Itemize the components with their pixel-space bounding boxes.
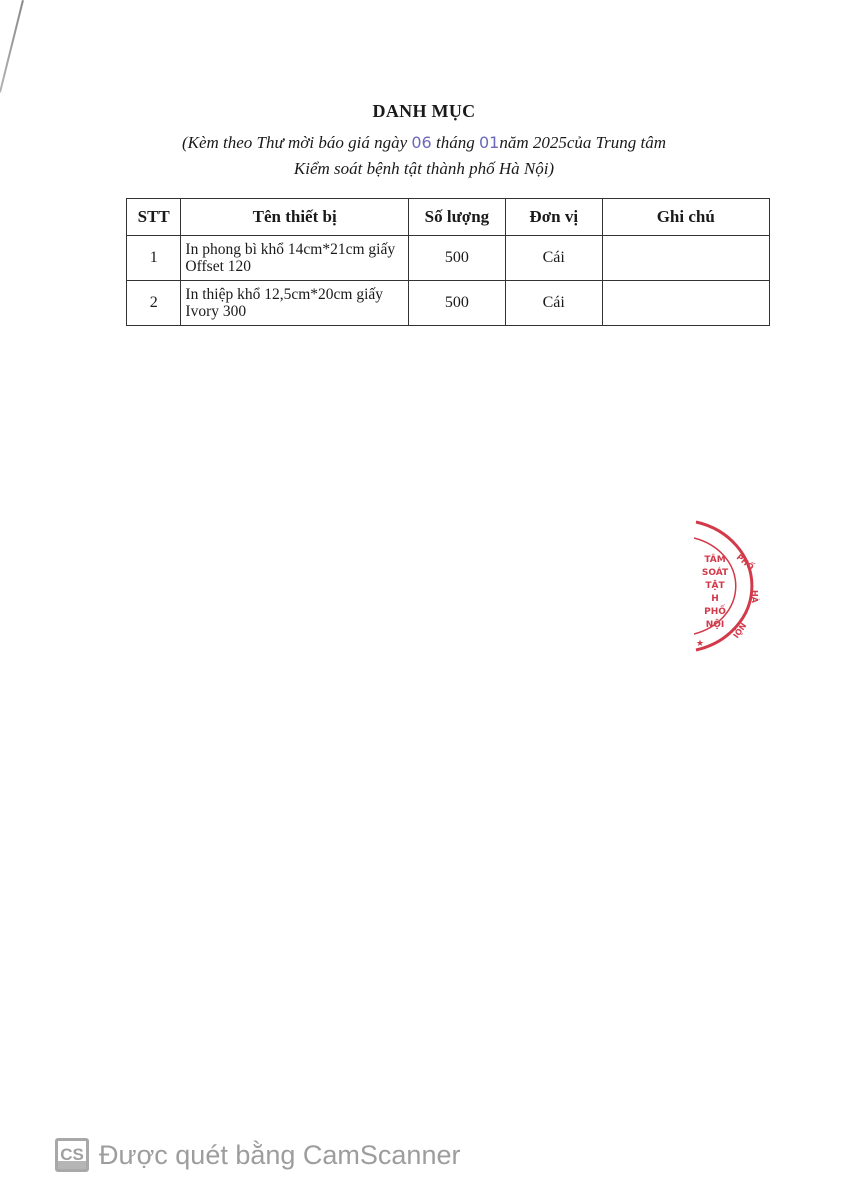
handwritten-day: 06 xyxy=(411,133,431,152)
handwritten-month: 01 xyxy=(479,133,499,152)
cell-note xyxy=(602,281,769,326)
table-row: 1 In phong bì khổ 14cm*21cm giấy Offset … xyxy=(127,236,770,281)
watermark-text: Được quét bằng CamScanner xyxy=(99,1140,460,1171)
subtitle-year: 2025 xyxy=(533,133,567,152)
header-stt: STT xyxy=(127,199,181,236)
cell-stt: 2 xyxy=(127,281,181,326)
cell-quantity: 500 xyxy=(408,281,505,326)
official-stamp: PHỐ HÀ NỘI ★ TÂM SOÁT TẬT H PHỐ NỘI xyxy=(690,518,772,654)
svg-text:HÀ: HÀ xyxy=(750,590,761,604)
subtitle-line2: Kiểm soát bệnh tật thành phố Hà Nội) xyxy=(0,156,848,182)
subtitle-text: năm xyxy=(499,133,528,152)
scan-edge-mark xyxy=(0,0,24,93)
table-row: 2 In thiệp khổ 12,5cm*20cm giấy Ivory 30… xyxy=(127,281,770,326)
header-unit: Đơn vị xyxy=(505,199,602,236)
cell-unit: Cái xyxy=(505,281,602,326)
stamp-line: NỘI xyxy=(700,619,730,632)
subtitle-text: (Kèm theo Thư mời báo giá ngày xyxy=(182,133,407,152)
stamp-line: TẬT xyxy=(700,580,730,593)
stamp-line: H PHỐ xyxy=(700,593,730,619)
svg-text:★: ★ xyxy=(696,639,704,649)
camscanner-watermark: CS Được quét bằng CamScanner xyxy=(55,1138,460,1172)
header-quantity: Số lượng xyxy=(408,199,505,236)
cell-stt: 1 xyxy=(127,236,181,281)
items-table: STT Tên thiết bị Số lượng Đơn vị Ghi chú… xyxy=(126,198,770,326)
stamp-text: TÂM SOÁT TẬT H PHỐ NỘI xyxy=(700,554,730,632)
subtitle-text: của Trung tâm xyxy=(567,133,666,152)
subtitle-text: tháng xyxy=(436,133,475,152)
document-title: DANH MỤC xyxy=(0,101,848,122)
cell-note xyxy=(602,236,769,281)
cell-name: In thiệp khổ 12,5cm*20cm giấy Ivory 300 xyxy=(181,281,408,326)
header-name: Tên thiết bị xyxy=(181,199,408,236)
document-subtitle: (Kèm theo Thư mời báo giá ngày 06 tháng … xyxy=(0,130,848,182)
camscanner-logo-icon: CS xyxy=(55,1138,89,1172)
stamp-line: TÂM xyxy=(700,554,730,567)
cell-name: In phong bì khổ 14cm*21cm giấy Offset 12… xyxy=(181,236,408,281)
svg-text:PHỐ: PHỐ xyxy=(735,550,758,572)
stamp-line: SOÁT xyxy=(700,567,730,580)
cell-quantity: 500 xyxy=(408,236,505,281)
cell-unit: Cái xyxy=(505,236,602,281)
table-header-row: STT Tên thiết bị Số lượng Đơn vị Ghi chú xyxy=(127,199,770,236)
header-note: Ghi chú xyxy=(602,199,769,236)
